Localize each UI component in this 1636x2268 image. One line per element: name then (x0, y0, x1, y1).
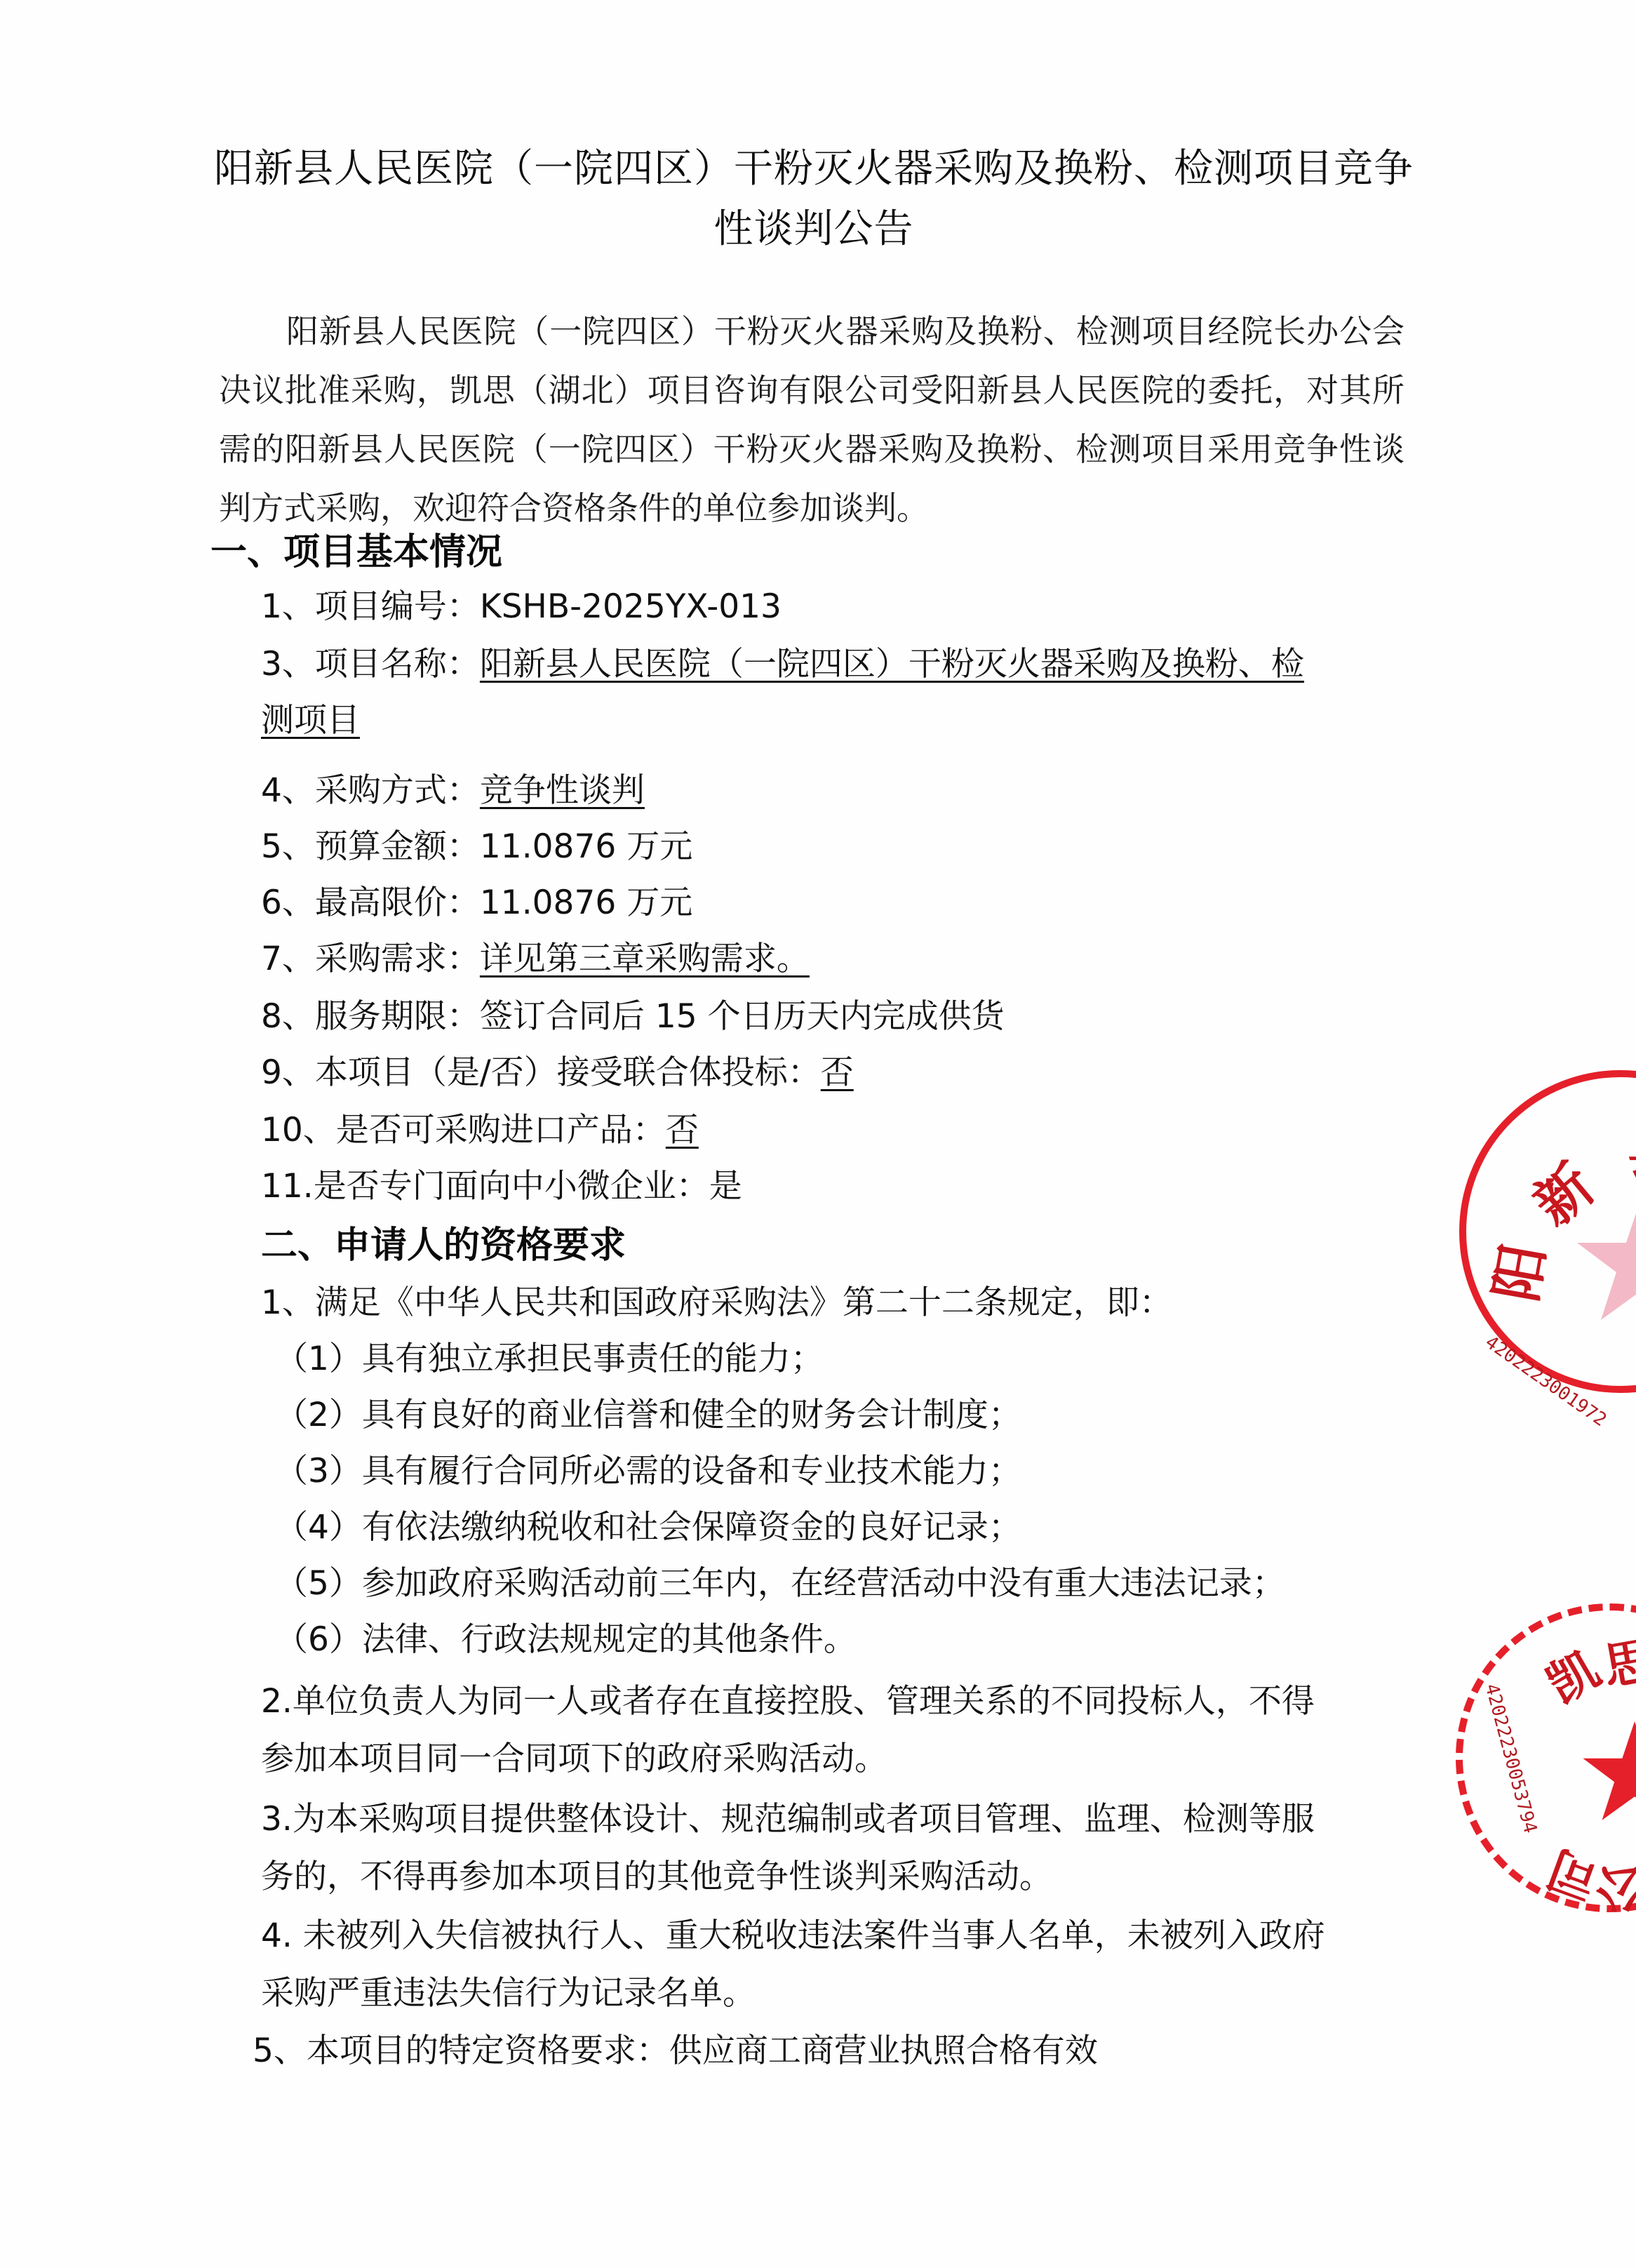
item-label: 7、采购需求： (261, 940, 480, 978)
requirement-1: 1、满足《中华人民共和国政府采购法》第二十二条规定，即： (261, 1279, 1172, 1328)
item-label: 9、本项目（是/否）接受联合体投标： (261, 1053, 821, 1092)
item-value: 竞争性谈判 (480, 771, 645, 810)
seal-number: 42022230053794 (1481, 1681, 1541, 1835)
item-label: 11.是否专门面向中小微企业： (261, 1167, 709, 1206)
title-line-1: 阳新县人民医院（一院四区）干粉灭火器采购及换粉、检测项目竞争 (210, 139, 1417, 199)
intro-paragraph: 阳新县人民医院（一院四区）干粉灭火器采购及换粉、检测项目经院长办公会决议批准采购… (219, 302, 1404, 538)
item-label: 8、服务期限： (261, 997, 480, 1036)
seal-star-icon (1578, 1716, 1636, 1828)
requirement-4-line-1: 4. 未被列入失信被执行人、重大税收违法案件当事人名单，未被列入政府 (261, 1912, 1325, 1961)
requirement-3-line-2: 务的，不得再参加本项目的其他竞争性谈判采购活动。 (261, 1853, 1052, 1902)
item-value: 签订合同后 15 个日历天内完成供货 (480, 997, 1005, 1036)
item-consortium: 9、本项目（是/否）接受联合体投标：否 (261, 1048, 854, 1098)
item-budget: 5、预算金额：11.0876 万元 (261, 822, 692, 872)
item-imported-products: 10、是否可采购进口产品：否 (261, 1106, 699, 1155)
requirement-1-sub-6: （6）法律、行政法规规定的其他条件。 (275, 1615, 857, 1665)
requirement-4-line-2: 采购严重违法失信行为记录名单。 (261, 1969, 756, 2018)
item-value: 详见第三章采购需求。 (480, 940, 810, 978)
item-project-number: 1、项目编号：KSHB-2025YX-013 (261, 582, 782, 632)
seal-char: 公 (1596, 1856, 1636, 1927)
item-value: 否 (666, 1111, 699, 1149)
item-label: 3、项目名称： (261, 645, 480, 683)
requirement-5: 5、本项目的特定资格要求：供应商工商营业执照合格有效 (253, 2027, 1098, 2076)
requirement-3-line-1: 3.为本采购项目提供整体设计、规范编制或者项目管理、监理、检测等服 (261, 1795, 1315, 1844)
seal-star-icon (1571, 1189, 1636, 1330)
item-label: 6、最高限价： (261, 883, 480, 922)
official-seal-consulting-company: 凯 思 司 公 42022230053794 (1456, 1603, 1636, 1912)
seal-char: 凯 (1532, 1631, 1610, 1716)
item-requirements: 7、采购需求：详见第三章采购需求。 (261, 935, 810, 984)
item-value: 否 (821, 1053, 854, 1092)
section-1-heading: 一、项目基本情况 (210, 528, 502, 577)
requirement-1-sub-2: （2）具有良好的商业信誉和健全的财务会计制度； (275, 1391, 1021, 1440)
item-label: 5、预算金额： (261, 827, 480, 866)
seal-char: 阳 (1470, 1237, 1560, 1307)
requirement-1-sub-4: （4）有依法缴纳税收和社会保障资金的良好记录； (275, 1503, 1021, 1552)
seal-char: 县 (1628, 1109, 1636, 1189)
item-procurement-method: 4、采购方式：竞争性谈判 (261, 766, 645, 815)
requirement-1-sub-3: （3）具有履行合同所必需的设备和专业技术能力； (275, 1447, 1021, 1496)
item-max-price: 6、最高限价：11.0876 万元 (261, 879, 692, 928)
item-project-name-cont: 测项目 (261, 696, 360, 745)
item-value: KSHB-2025YX-013 (480, 587, 782, 626)
section-2-heading: 二、申请人的资格要求 (261, 1221, 626, 1270)
title-line-2: 性谈判公告 (210, 199, 1417, 260)
item-value-continued: 测项目 (261, 701, 360, 740)
item-value: 是 (709, 1167, 742, 1206)
requirement-1-sub-1: （1）具有独立承担民事责任的能力； (275, 1335, 824, 1384)
item-service-period: 8、服务期限：签订合同后 15 个日历天内完成供货 (261, 992, 1005, 1041)
official-seal-hospital: 县 新 阳 42022230019​72 (1459, 1070, 1636, 1393)
item-value: 11.0876 万元 (480, 827, 692, 866)
item-value: 11.0876 万元 (480, 883, 692, 922)
document-page: 阳新县人民医院（一院四区）干粉灭火器采购及换粉、检测项目竞争 性谈判公告 阳新县… (0, 0, 1636, 2268)
item-label: 10、是否可采购进口产品： (261, 1111, 666, 1149)
item-project-name: 3、项目名称：阳新县人民医院（一院四区）干粉灭火器采购及换粉、检 (261, 640, 1304, 689)
item-label: 1、项目编号： (261, 587, 480, 626)
item-value: 阳新县人民医院（一院四区）干粉灭火器采购及换粉、检 (480, 645, 1304, 683)
item-sme: 11.是否专门面向中小微企业：是 (261, 1162, 742, 1211)
document-title: 阳新县人民医院（一院四区）干粉灭火器采购及换粉、检测项目竞争 性谈判公告 (210, 139, 1417, 260)
item-label: 4、采购方式： (261, 771, 480, 810)
requirement-2-line-1: 2.单位负责人为同一人或者存在直接控股、管理关系的不同投标人，不得 (261, 1677, 1315, 1726)
requirement-1-sub-5: （5）参加政府采购活动前三年内，在经营活动中没有重大违法记录； (275, 1559, 1285, 1608)
seal-number: 42022230019​72 (1481, 1332, 1610, 1431)
requirement-2-line-2: 参加本项目同一合同项下的政府采购活动。 (261, 1735, 887, 1784)
